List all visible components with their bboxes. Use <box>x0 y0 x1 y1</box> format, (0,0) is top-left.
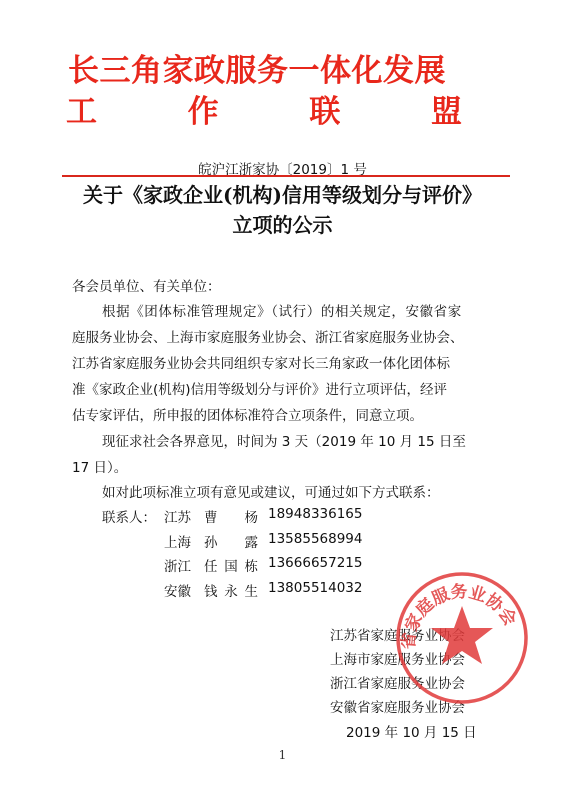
org-header-line1: 长三角家政服务一体化发展 <box>68 54 460 88</box>
contact-phone: 13666657215 <box>268 555 362 575</box>
org-header-line2: 工 作 联 盟 <box>66 95 462 129</box>
signature-date: 2019 年 10 月 15 日 <box>346 721 477 741</box>
org-header-char: 工 <box>66 95 97 129</box>
document-title-line1: 关于《家政企业(机构)信用等级划分与评价》 <box>0 182 565 208</box>
contact-name: 任国栋 <box>204 555 258 575</box>
contact-phone: 13585568994 <box>268 531 362 551</box>
paragraph-line: 准《家政企业(机构)信用等级划分与评价》进行立项评估，经评 <box>72 378 447 398</box>
salutation: 各会员单位、有关单位： <box>72 275 221 295</box>
contact-row: 江苏 曹杨 18948336165 <box>164 506 362 526</box>
contact-row: 上海 孙露 13585568994 <box>164 531 362 551</box>
paragraph-line: 现征求社会各界意见，时间为 3 天（2019 年 10 月 15 日至 <box>102 430 466 450</box>
contact-province: 浙江 <box>164 555 204 575</box>
contact-row: 浙江 任国栋 13666657215 <box>164 555 362 575</box>
org-header-char: 盟 <box>431 95 462 129</box>
document-title-line2: 立项的公示 <box>0 212 565 238</box>
official-seal-icon: 省家庭服务业协会 <box>392 568 532 708</box>
paragraph-line: 17 日）。 <box>72 456 127 476</box>
paragraph-line: 估专家评估，所申报的团体标准符合立项条件，同意立项。 <box>72 404 423 424</box>
contact-row: 安徽 钱永生 13805514032 <box>164 580 362 600</box>
page-number: 1 <box>0 748 565 762</box>
paragraph-line: 根据《团体标准管理规定》（试行）的相关规定，安徽省家 <box>102 300 462 320</box>
contact-province: 江苏 <box>164 506 204 526</box>
paragraph-line: 庭服务业协会、上海市家庭服务业协会、浙江省家庭服务业协会、 <box>72 326 464 346</box>
contact-label: 联系人： <box>102 506 156 526</box>
contact-name: 钱永生 <box>204 580 258 600</box>
org-header-char: 作 <box>188 95 219 129</box>
red-divider <box>62 175 510 177</box>
contact-name: 曹杨 <box>204 506 258 526</box>
contact-province: 安徽 <box>164 580 204 600</box>
contact-phone: 13805514032 <box>268 580 362 600</box>
contact-name: 孙露 <box>204 531 258 551</box>
contact-province: 上海 <box>164 531 204 551</box>
paragraph-line: 江苏省家庭服务业协会共同组织专家对长三角家政一体化团体标 <box>72 352 450 372</box>
paragraph-line: 如对此项标准立项有意见或建议，可通过如下方式联系： <box>102 481 440 501</box>
contact-phone: 18948336165 <box>268 506 362 526</box>
org-header-char: 联 <box>309 95 340 129</box>
